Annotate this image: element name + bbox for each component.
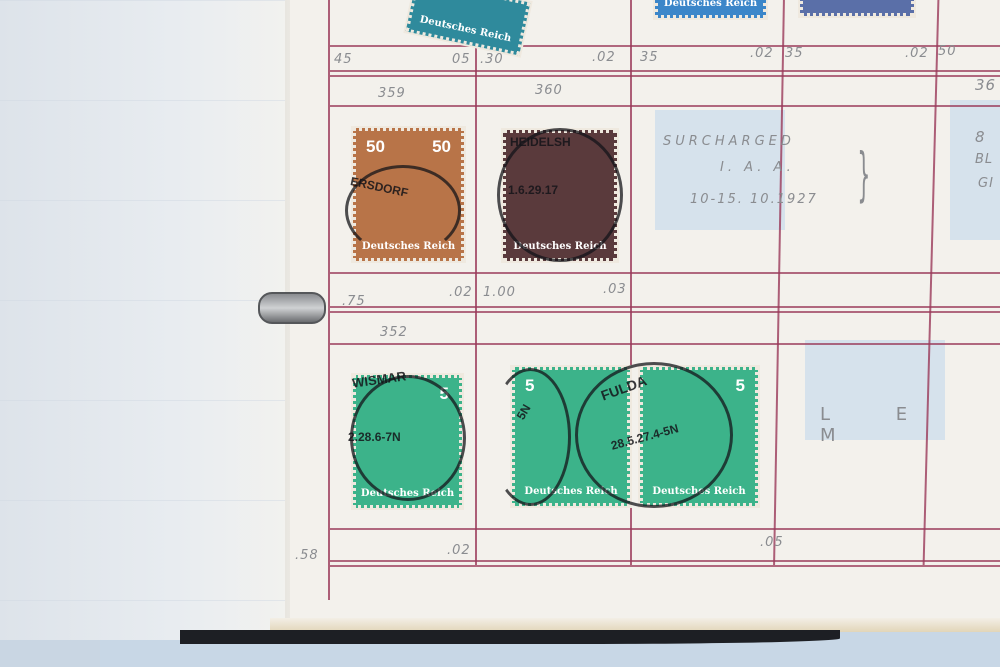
annotation-text: BL <box>975 152 993 167</box>
annotation-text: 8 <box>975 128 986 146</box>
annotation-text: L E M <box>820 404 1000 446</box>
value-text: .02 <box>592 50 616 65</box>
value-text: 35 <box>640 50 659 65</box>
value-text: 05 <box>452 52 471 67</box>
annotation-text: GI <box>978 176 994 191</box>
postmark-date: 2.28.6-7N <box>348 430 401 444</box>
ruling-line <box>330 70 1000 72</box>
value-text: 35 <box>785 46 804 61</box>
ruling-line <box>330 528 1000 530</box>
catalog-number: 360 <box>535 83 563 98</box>
left-page <box>0 0 290 640</box>
annotation-text: SURCHARGED <box>663 134 795 149</box>
binder-ring-icon <box>258 292 326 324</box>
ruling-line <box>330 272 1000 274</box>
ruling-line <box>328 0 330 600</box>
value-text: 50 <box>938 44 957 59</box>
value-text: .02 <box>905 46 929 61</box>
value-text: .05 <box>760 535 784 550</box>
ruling-line <box>330 75 1000 77</box>
annotation-text: I. A. A. <box>720 160 795 175</box>
stamp-top-purple <box>800 0 914 16</box>
postmark <box>490 368 571 506</box>
value-text: .03 <box>603 282 627 297</box>
value-text: .02 <box>449 285 473 300</box>
catalog-number: 359 <box>378 86 406 101</box>
ruling-line <box>330 343 1000 345</box>
catalog-number: 36 <box>975 76 996 94</box>
value-text: .58 <box>295 548 319 563</box>
annotation-text: 10-15. 10.1927 <box>690 192 818 207</box>
ruling-line <box>330 45 1000 47</box>
ruling-line <box>330 311 1000 313</box>
ruling-line <box>475 45 477 565</box>
catalog-number: 352 <box>380 325 408 340</box>
value-text: .02 <box>750 46 774 61</box>
ruling-line <box>330 306 1000 308</box>
brace-icon: } <box>857 140 870 208</box>
value-text: .02 <box>447 543 471 558</box>
stamp-top-blue: Deutsches Reich <box>655 0 766 18</box>
value-text: .30 <box>480 52 504 67</box>
ruling-line <box>330 560 1000 562</box>
value-text: .75 <box>342 294 366 309</box>
ruling-line <box>330 105 1000 107</box>
value-text: 1.00 <box>483 285 516 300</box>
postmark-text: HEIDELSH <box>510 135 571 149</box>
album-binding <box>180 630 840 644</box>
postmark-date: 1.6.29.17 <box>508 183 558 197</box>
value-text: 45 <box>334 52 353 67</box>
blank-mount-area <box>950 100 1000 240</box>
ruling-line <box>330 565 1000 567</box>
